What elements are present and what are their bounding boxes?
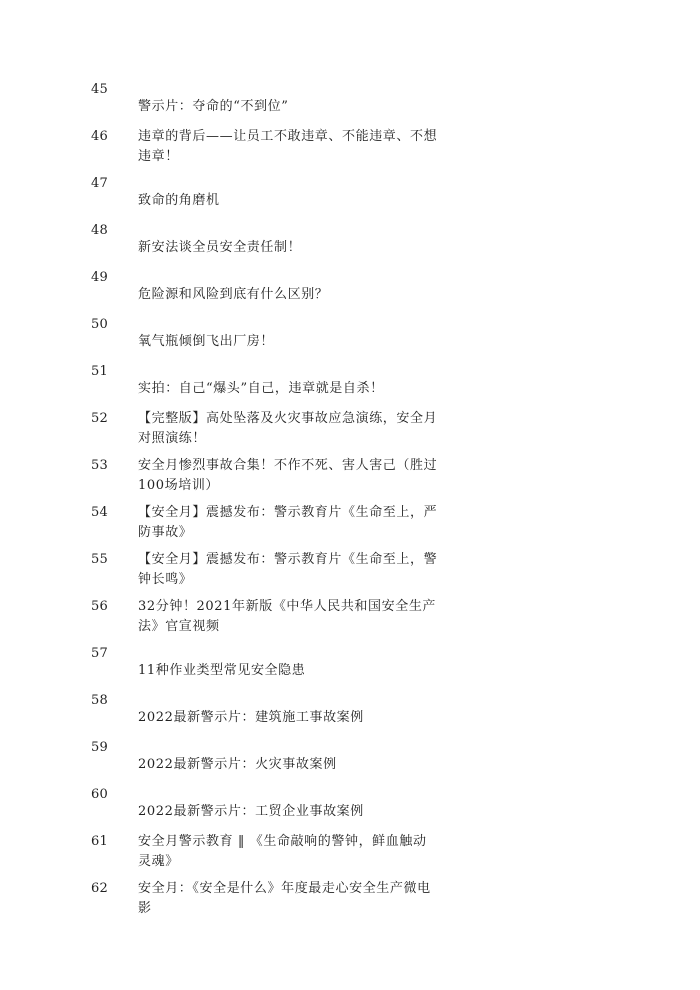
item-title: 警示片：夺命的“不到位” [138, 97, 438, 117]
item-number: 49 [91, 270, 108, 286]
item-title: 11种作业类型常见安全隐患 [138, 661, 438, 681]
item-number: 62 [91, 881, 108, 897]
item-number: 51 [91, 364, 108, 380]
item-title: 氧气瓶倾倒飞出厂房！ [138, 332, 438, 352]
item-title: 安全月：《安全是什么》年度最走心安全生产微电影 [138, 879, 438, 919]
item-title: 【安全月】震撼发布：警示教育片《生命至上，严防事故》 [138, 503, 438, 543]
item-number: 61 [91, 834, 108, 850]
item-number: 48 [91, 223, 108, 239]
item-number: 54 [91, 505, 108, 521]
item-number: 57 [91, 646, 108, 662]
item-number: 46 [91, 129, 108, 145]
item-number: 45 [91, 82, 108, 98]
document-page: 45 警示片：夺命的“不到位” 46 违章的背后——让员工不敢违章、不能违章、不… [0, 0, 700, 990]
item-number: 60 [91, 787, 108, 803]
item-number: 55 [91, 552, 108, 568]
item-title: 新安法谈全员安全责任制！ [138, 238, 438, 258]
item-title: 2022最新警示片：火灾事故案例 [138, 755, 438, 775]
item-number: 52 [91, 411, 108, 427]
item-number: 50 [91, 317, 108, 333]
item-title: 实拍：自己“爆头”自己，违章就是自杀！ [138, 379, 438, 399]
item-number: 53 [91, 458, 108, 474]
item-number: 59 [91, 740, 108, 756]
item-title: 【安全月】震撼发布：警示教育片《生命至上，警钟长鸣》 [138, 550, 438, 590]
item-title: 安全月惨烈事故合集！不作不死、害人害己（胜过100场培训） [138, 456, 438, 496]
item-title: 致命的角磨机 [138, 191, 438, 211]
item-number: 56 [91, 599, 108, 615]
item-title: 32分钟！2021年新版《中华人民共和国安全生产法》官宣视频 [138, 597, 438, 637]
item-number: 58 [91, 693, 108, 709]
item-title: 2022最新警示片：工贸企业事故案例 [138, 802, 438, 822]
item-title: 2022最新警示片：建筑施工事故案例 [138, 708, 438, 728]
item-title: 【完整版】高处坠落及火灾事故应急演练，安全月对照演练！ [138, 409, 438, 449]
item-title: 危险源和风险到底有什么区别？ [138, 285, 438, 305]
item-title: 违章的背后——让员工不敢违章、不能违章、不想违章！ [138, 127, 438, 167]
item-title: 安全月警示教育 ‖ 《生命敲响的警钟，鲜血触动灵魂》 [138, 832, 438, 872]
item-number: 47 [91, 176, 108, 192]
